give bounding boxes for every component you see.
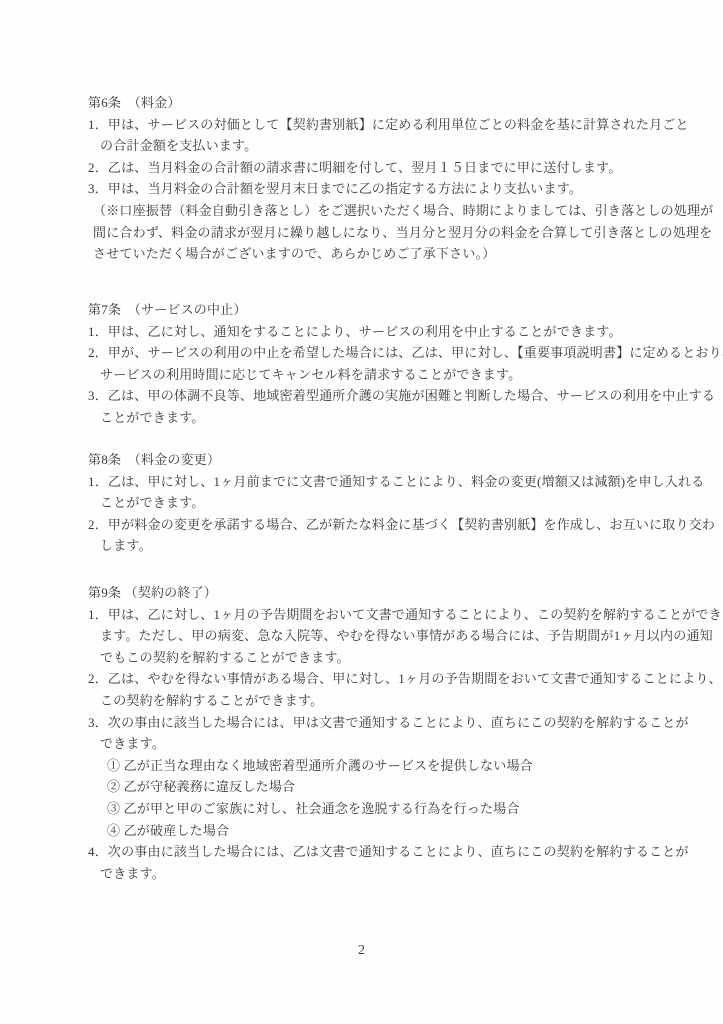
contract-section: 第7条 （サービスの中止）1．甲は、乙に対し、通知をすることにより、サービスの利… — [88, 299, 684, 429]
text-line: 1．甲は、乙に対し、通知をすることにより、サービスの利用を中止することができます… — [88, 321, 684, 343]
text-line: します。 — [88, 535, 684, 557]
text-line: 2．乙は、当月料金の合計額の請求書に明細を付して、翌月１５日までに甲に送付します… — [88, 157, 684, 179]
text-line: でもこの契約を解約することができます。 — [88, 647, 684, 669]
text-line: ④ 乙が破産した場合 — [88, 820, 684, 842]
scanned-contract-page: 第6条 （料金）1．甲は、サービスの対価として【契約書別紙】に定める利用単位ごと… — [0, 0, 723, 1024]
section-heading: 第9条 （契約の終了） — [88, 582, 684, 604]
section-heading: 第8条 （料金の変更） — [88, 449, 684, 471]
text-line: させていただく場合がございますので、あらかじめご了承下さい。） — [88, 243, 684, 265]
text-line: 3．次の事由に該当した場合には、甲は文書で通知することにより、直ちにこの契約を解… — [88, 712, 684, 734]
contract-section: 第6条 （料金）1．甲は、サービスの対価として【契約書別紙】に定める利用単位ごと… — [88, 92, 684, 265]
text-line: ② 乙が守秘義務に違反した場合 — [88, 776, 684, 798]
text-line: 1．甲は、乙に対し、1ヶ月の予告期間をおいて文書で通知することにより、この契約を… — [88, 604, 684, 626]
text-line: （※口座振替（料金自動引き落とし）をご選択いただく場合、時期によりましては、引き… — [88, 200, 684, 222]
text-line: この契約を解約することができます。 — [88, 690, 684, 712]
text-line: 3．乙は、甲の体調不良等、地域密着型通所介護の実施が困難と判断した場合、サービス… — [88, 385, 684, 407]
text-line: できます。 — [88, 863, 684, 885]
contract-section: 第8条 （料金の変更）1．乙は、甲に対し、1ヶ月前までに文書で通知することにより… — [88, 449, 684, 557]
text-line: 4．次の事由に該当した場合には、乙は文書で通知することにより、直ちにこの契約を解… — [88, 841, 684, 863]
text-line: 3．甲は、当月料金の合計額を翌月末日までに乙の指定する方法により支払います。 — [88, 178, 684, 200]
text-line: 1．甲は、サービスの対価として【契約書別紙】に定める利用単位ごとの料金を基に計算… — [88, 114, 684, 136]
text-line: 間に合わず、料金の請求が翌月に繰り越しになり、当月分と翌月分の料金を合算して引き… — [88, 222, 684, 244]
text-line: 2．乙は、やむを得ない事情がある場合、甲に対し、1ヶ月の予告期間をおいて文書で通… — [88, 668, 684, 690]
text-line: ことができます。 — [88, 492, 684, 514]
text-line: サービスの利用時間に応じてキャンセル料を請求することができます。 — [88, 364, 684, 386]
text-line: できます。 — [88, 733, 684, 755]
text-line: ことができます。 — [88, 407, 684, 429]
text-line: 2．甲が料金の変更を承諾する場合、乙が新たな料金に基づく【契約書別紙】を作成し、… — [88, 514, 684, 536]
page-number: 2 — [0, 941, 723, 961]
document-body: 第6条 （料金）1．甲は、サービスの対価として【契約書別紙】に定める利用単位ごと… — [0, 0, 723, 1024]
text-line: ③ 乙が甲と甲のご家族に対し、社会通念を逸脱する行為を行った場合 — [88, 798, 684, 820]
text-line: 1．乙は、甲に対し、1ヶ月前までに文書で通知することにより、料金の変更(増額又は… — [88, 471, 684, 493]
section-heading: 第7条 （サービスの中止） — [88, 299, 684, 321]
contract-section: 第9条 （契約の終了）1．甲は、乙に対し、1ヶ月の予告期間をおいて文書で通知する… — [88, 582, 684, 884]
text-line: 2．甲が、サービスの利用の中止を希望した場合には、乙は、甲に対し、【重要事項説明… — [88, 342, 684, 364]
text-line: ① 乙が正当な理由なく地域密着型通所介護のサービスを提供しない場合 — [88, 755, 684, 777]
text-line: の合計金額を支払います。 — [88, 135, 684, 157]
text-line: ます。ただし、甲の病変、急な入院等、やむを得ない事情がある場合には、予告期間が1… — [88, 625, 684, 647]
section-heading: 第6条 （料金） — [88, 92, 684, 114]
